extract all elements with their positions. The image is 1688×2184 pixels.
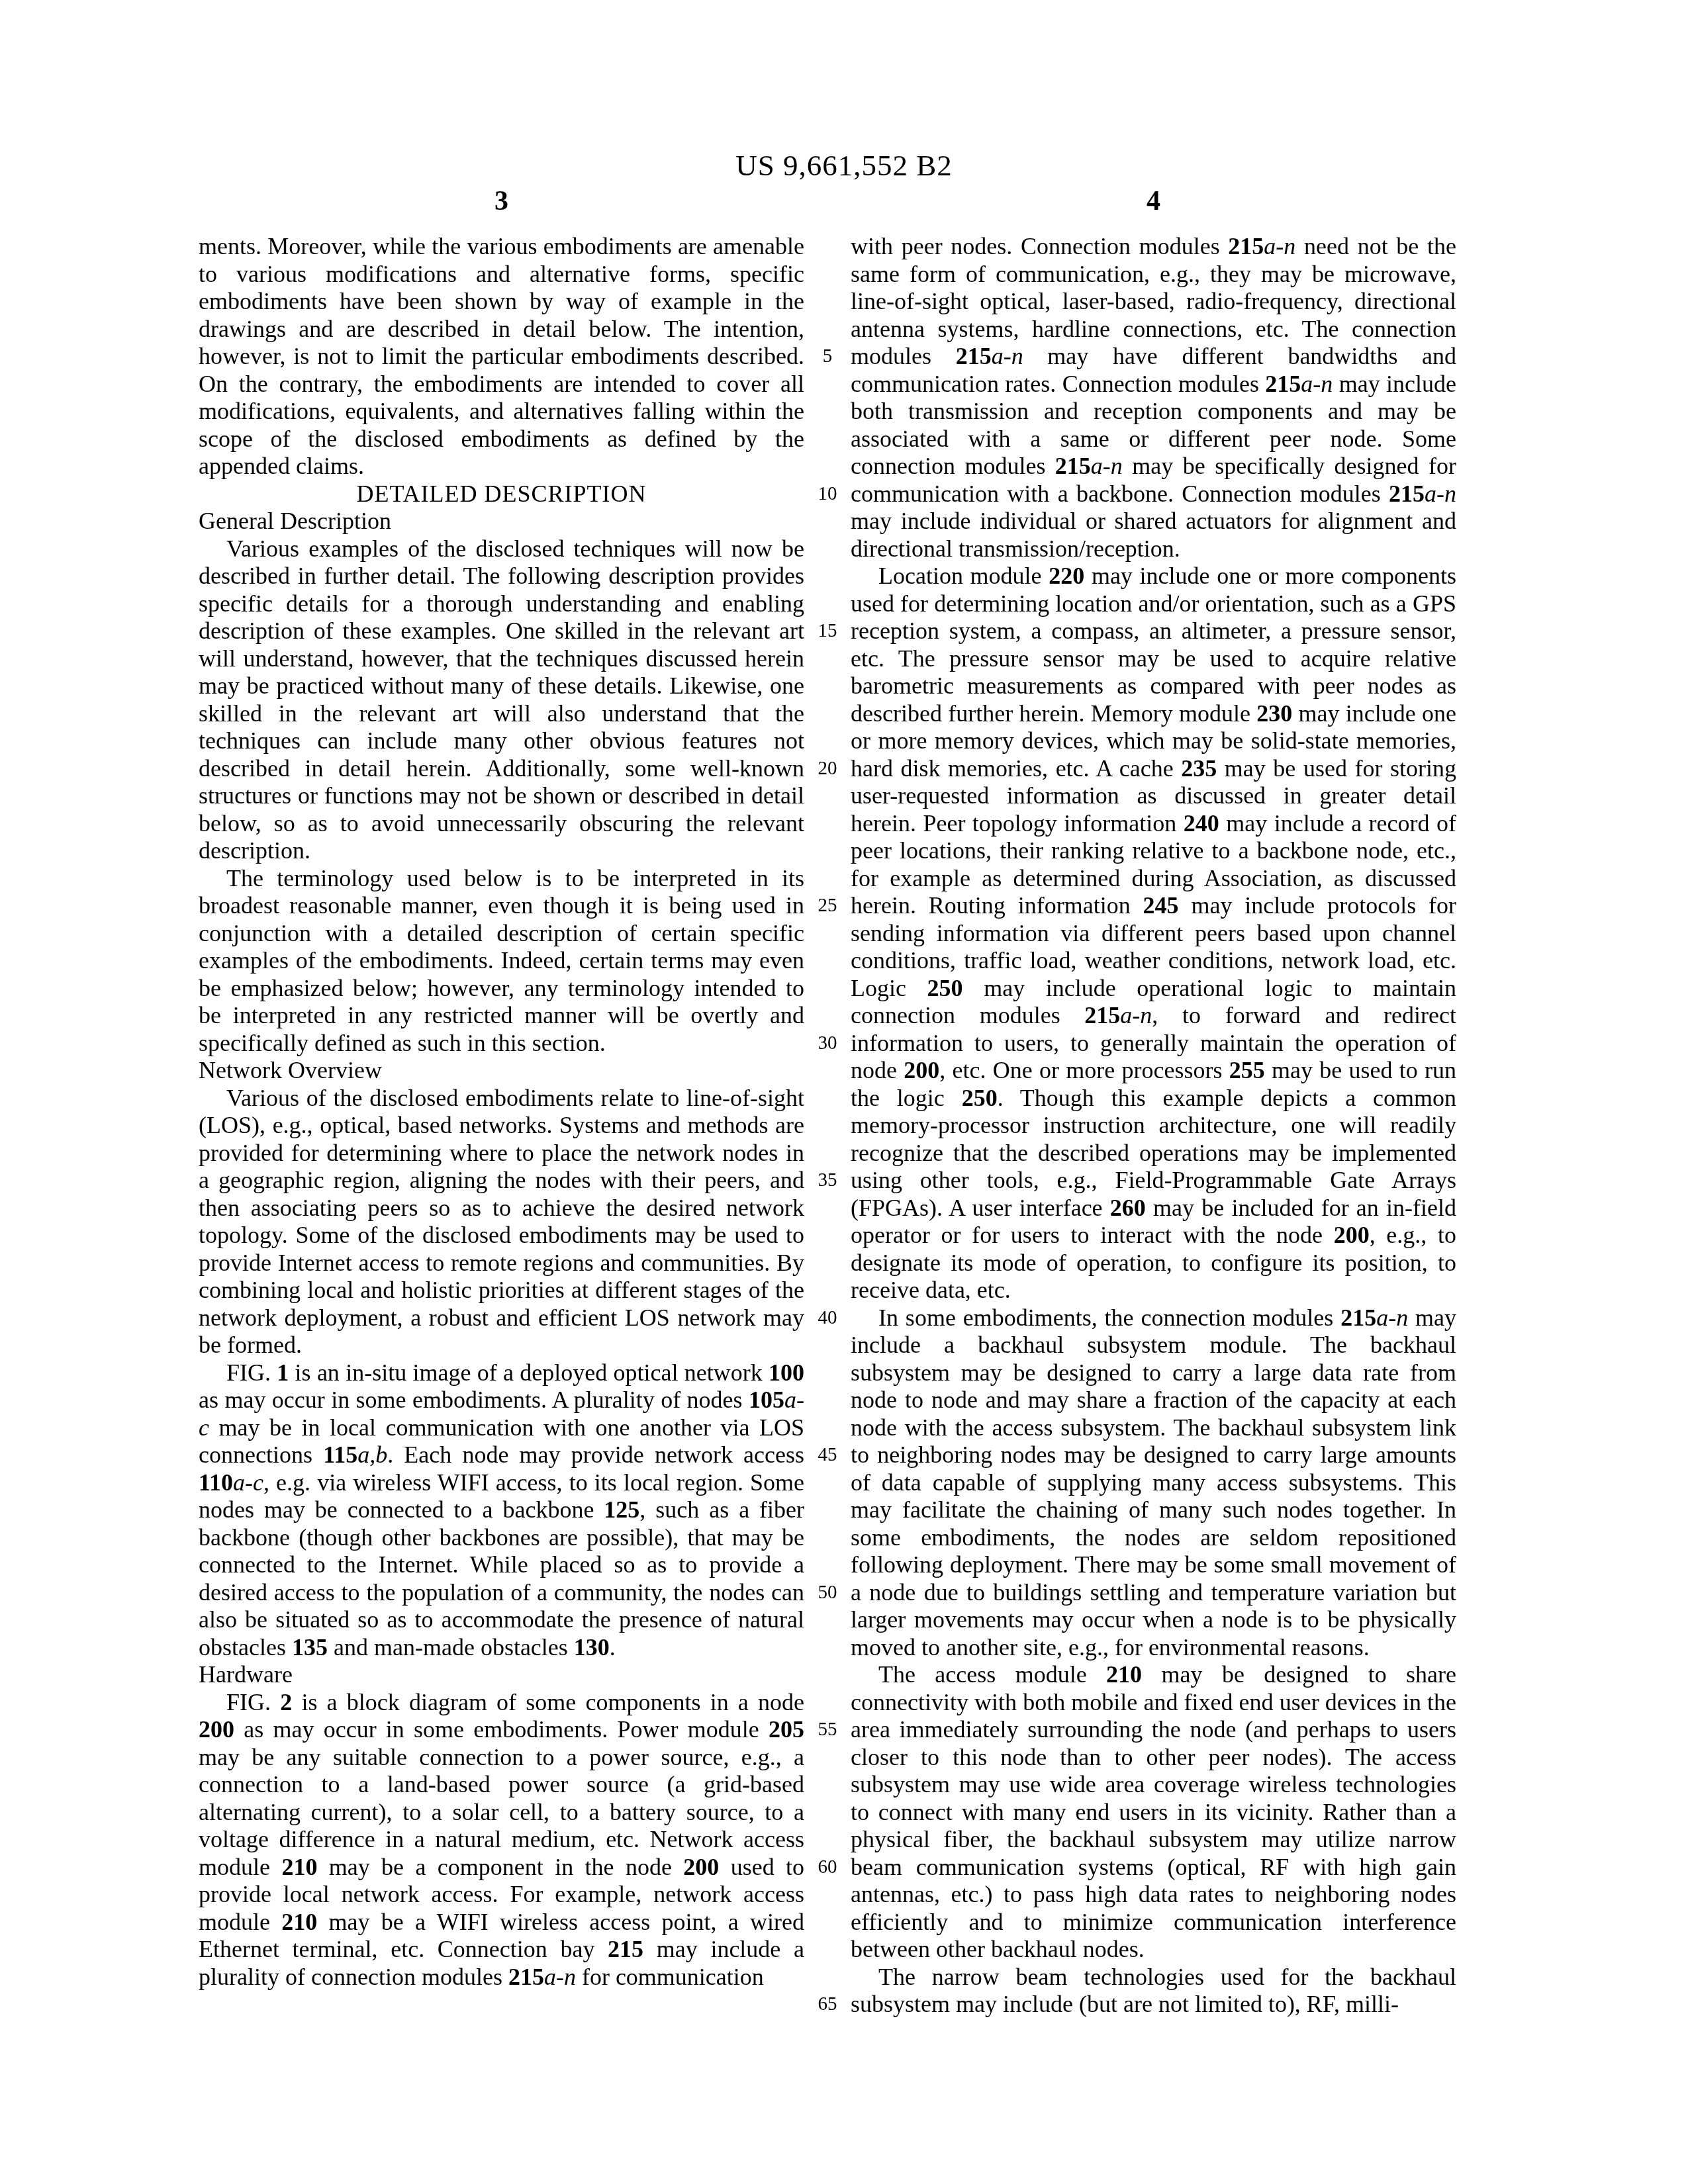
line-number: 60 [804,1854,851,1882]
line-number: 50 [804,1579,851,1607]
paragraph: The narrow beam technologies used for th… [851,1964,1456,2019]
line-number: 5 [804,343,851,371]
section-heading: Network Overview [199,1057,804,1085]
paragraph: Various of the disclosed embodiments rel… [199,1085,804,1359]
line-number-gutter: 5101520253035404550556065 [804,233,851,2073]
text-column-left: ments. Moreover, while the various embod… [199,233,804,1991]
line-number: 20 [804,755,851,783]
paragraph: with peer nodes. Connection modules 215a… [851,233,1456,563]
text-column-right: with peer nodes. Connection modules 215a… [851,233,1456,2019]
line-number: 25 [804,892,851,920]
paragraph: Location module 220 may include one or m… [851,563,1456,1304]
line-number: 30 [804,1030,851,1058]
paragraph: Various examples of the disclosed techni… [199,535,804,865]
line-number: 55 [804,1716,851,1744]
paragraph: ments. Moreover, while the various embod… [199,233,804,480]
column-number-left: 3 [199,187,804,216]
line-number: 40 [804,1304,851,1332]
column-number-right: 4 [851,187,1456,216]
line-number: 45 [804,1441,851,1469]
paragraph: FIG. 2 is a block diagram of some compon… [199,1689,804,1991]
line-number: 15 [804,617,851,645]
paragraph: The access module 210 may be designed to… [851,1661,1456,1964]
section-heading: DETAILED DESCRIPTION [199,480,804,508]
paragraph: The terminology used below is to be inte… [199,865,804,1058]
section-heading: Hardware [199,1661,804,1689]
line-number: 65 [804,1991,851,2019]
paragraph: In some embodiments, the connection modu… [851,1304,1456,1662]
paragraph: FIG. 1 is an in-situ image of a deployed… [199,1359,804,1662]
line-number: 10 [804,480,851,508]
patent-page: US 9,661,552 B2 3 4 ments. Moreover, whi… [0,0,1688,2184]
section-heading: General Description [199,508,804,535]
patent-number: US 9,661,552 B2 [0,150,1688,181]
line-number: 35 [804,1167,851,1195]
